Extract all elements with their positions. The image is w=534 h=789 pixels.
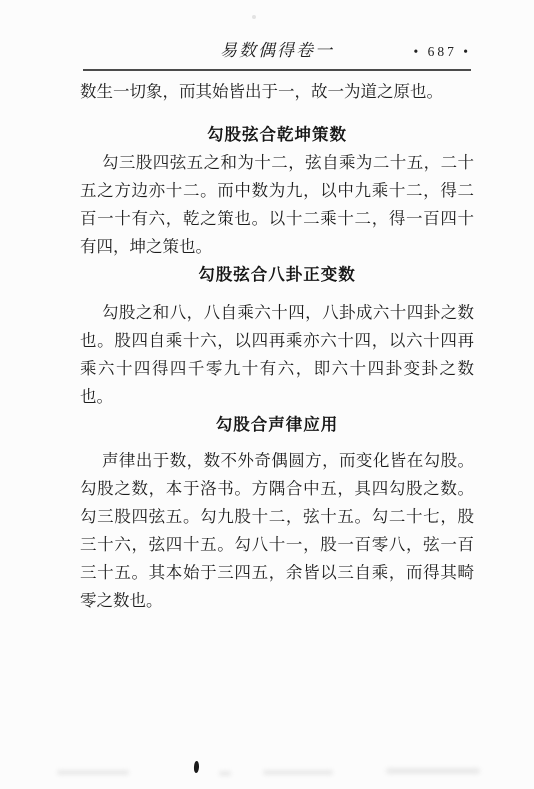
paragraph-bagua-shu: 勾股之和八，八自乘六十四，八卦成六十四卦之数也。股四自乘十六，以四再乘亦六十四，… [80, 299, 474, 411]
book-page: 易数偶得卷一 • 687 • 数生一切象，而其始皆出于一，故一为道之原也。 勾股… [0, 0, 534, 789]
section-heading-gougu-qiankun: 勾股弦合乾坤策数 [80, 121, 474, 149]
scan-smudge [386, 768, 480, 774]
scan-smudge [219, 771, 231, 776]
paragraph-continuation: 数生一切象，而其始皆出于一，故一为道之原也。 [80, 78, 474, 106]
page-content: 数生一切象，而其始皆出于一，故一为道之原也。 勾股弦合乾坤策数 勾三股四弦五之和… [80, 78, 474, 615]
paragraph-qiankun-ce: 勾三股四弦五之和为十二，弦自乘为二十五，二十五之方边亦十二。而中数为九，以中九乘… [80, 149, 474, 261]
page-header: 易数偶得卷一 • 687 • [83, 37, 471, 65]
page-number: • 687 • [414, 38, 471, 66]
section-heading-bagua-zhengbian: 勾股弦合八卦正变数 [80, 261, 474, 289]
ink-mark [194, 761, 200, 773]
scan-smudge [57, 770, 129, 775]
header-rule [83, 69, 471, 71]
scan-smudge [263, 770, 333, 775]
scan-speck [252, 15, 256, 19]
paragraph-shenglv: 声律出于数，数不外奇偶圆方，而变化皆在勾股。勾股之数，本于洛书。方隅合中五，具四… [80, 447, 474, 615]
section-heading-shenglv-yingyong: 勾股合声律应用 [80, 411, 474, 439]
